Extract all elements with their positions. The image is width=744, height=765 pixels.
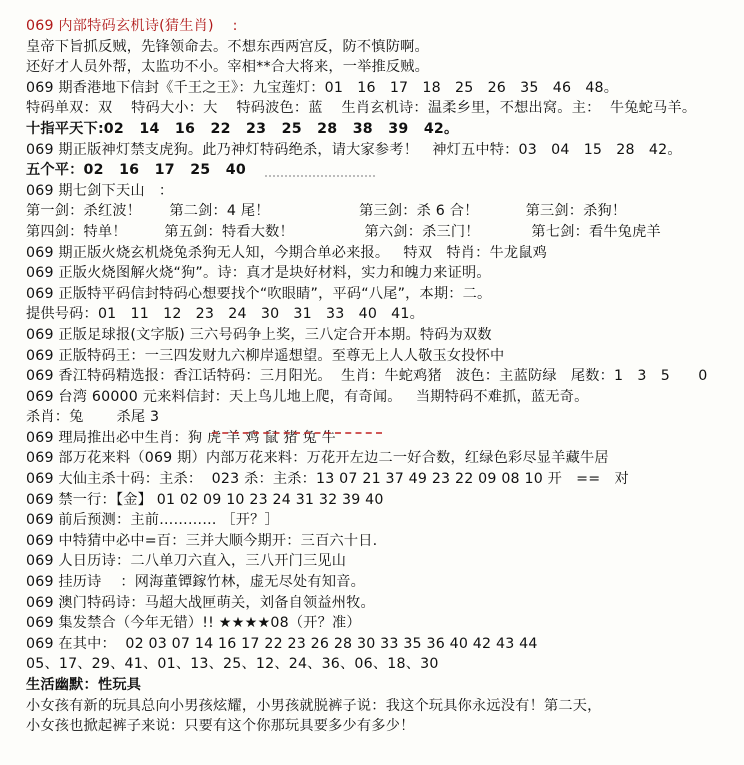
red-scribble-marks [212,432,382,438]
special-code-king-line: 069 正版特码王：一三四发财九六柳岸遥想望。至尊无上人人敬玉女投怀中 [26,346,744,367]
in-which-numbers-line: 069 在其中： 02 03 07 14 16 17 22 23 26 28 3… [26,634,744,655]
doc-title: 069 内部特码玄机诗(猜生肖) : [26,16,744,37]
document-body: 069 内部特码玄机诗(猜生肖) : 皇帝下旨抓反贼，先锋领命去。不想东西两宫反… [0,0,744,737]
fire-burn-line: 069 期正版火烧玄机烧兔杀狗无人知，今期合单必来报。 特双 特肖：牛龙鼠鸡 [26,243,744,264]
ten-fingers-line: 十指平天下:02 14 16 22 23 25 28 38 39 42。 [26,119,744,140]
swords-row-1: 第一剑：杀红波！ 第二剑：4 尾！ 第三剑：杀 6 合！ 第三剑：杀狗！ [26,201,744,222]
seven-swords-heading: 069 期七剑下天山 ： [26,181,744,202]
macau-poem-line: 069 澳门特码诗：马超大战匣萌关，刘备自领益州牧。 [26,593,744,614]
swords-row-2: 第四剑：特单！ 第五剑：特看大数！ 第六剑：杀三门！ 第七剑：看牛兔虎羊 [26,222,744,243]
ban-row-line: 069 禁一行：【金】 01 02 09 10 23 24 31 32 39 4… [26,490,744,511]
guess-hundred-line: 069 中特猜中必中=百：三并大顺今期开：三百六十日. [26,531,744,552]
magic-lamp-line: 069 期正版神灯禁支虎狗。此乃神灯特码绝杀，请大家参考！ 神灯五中特：03 0… [26,140,744,161]
number-sequence-line: 05、17、29、41、01、13、25、12、24、36、06、18、30 [26,654,744,675]
kill-zodiac-line: 杀肖：兔 杀尾 3 [26,407,744,428]
humor-heading: 生活幽默：性玩具 [26,675,744,696]
fire-diagram-line: 069 正版火烧图解火烧“狗”。诗：真才是块好材料，实力和魄力来证明。 [26,263,744,284]
provided-numbers-line: 提供号码：01 11 12 23 24 30 31 33 40 41。 [26,304,744,325]
hk-envelope-line: 069 期香港地下信封《千王之王》：九宝莲灯：01 16 17 18 25 26… [26,78,744,99]
prediction-line: 069 前后预测：主前………… ［开？］ [26,510,744,531]
hongkong-selection-line: 069 香江特码精选报：香江话特码：三月阳光。 生肖：牛蛇鸡猪 波色：主蓝防绿 … [26,366,744,387]
humor-line-1: 小女孩有新的玩具总向小男孩炫耀，小男孩就脱裤子说：我这个玩具你永远没有！第二天， [26,696,744,717]
flower-material-line: 069 部万花来料（069 期）内部万花来料：万花开左边二一好合数，红绿色彩尽显… [26,448,744,469]
humor-line-2: 小女孩也掀起裤子来说：只要有这个你那玩具要多少有多少！ [26,716,744,737]
wall-calendar-poem-line: 069 挂历诗 ：网海董镡鎵竹林，虚无尽处有知音。 [26,572,744,593]
bureau-zodiac-line: 069 理局推出必中生肖：狗 虎 羊 鸡 鼠 猪 兔 牛 [26,428,744,449]
five-flat-line: 五个平：02 16 17 25 40 [26,160,744,181]
collection-ban-line: 069 集发禁合（今年无错）!! ★★★★08（开？准） [26,613,744,634]
calendar-poem-line: 069 人日历诗：二八单刀六直入，三八开门三见山 [26,551,744,572]
gray-dotted-marks [265,175,375,179]
poem-line-2: 还好才人员外帮，太监功不小。宰相**合大将来，一举推反贼。 [26,57,744,78]
immortal-kill-line: 069 大仙主杀十码：主杀： 023 杀：主杀：13 07 21 37 49 2… [26,469,744,490]
football-paper-line: 069 正版足球报(文字版) 三六号码争上奖，三八定合开本期。特码为双数 [26,325,744,346]
flat-code-envelope-line: 069 正版特平码信封特码心想要找个“吹眼睛”，平码“八尾”，本期：二。 [26,284,744,305]
poem-line-1: 皇帝下旨抓反贼，先锋领命去。不想东西两宫反，防不慎防啊。 [26,37,744,58]
taiwan-envelope-line: 069 台湾 60000 元来料信封：天上鸟儿地上爬，有奇闻。 当期特码不难抓，… [26,387,744,408]
special-code-attributes: 特码单双：双 特码大小：大 特码波色：蓝 生肖玄机诗：温柔乡里，不想出窝。主： … [26,98,744,119]
